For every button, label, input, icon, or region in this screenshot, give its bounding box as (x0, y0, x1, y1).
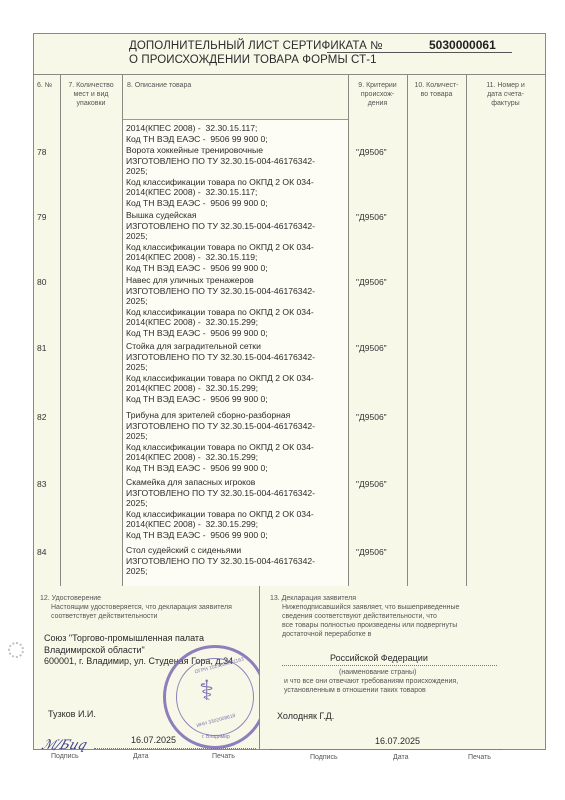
header-origin-criteria: 9. Критерии происхож- дения (350, 81, 405, 108)
row-description: Трибуна для зрителей сборно-разборная ИЗ… (126, 410, 315, 474)
row-description: Стойка для заградительной сетки ИЗГОТОВЛ… (126, 341, 315, 405)
row-criterion: "Д9506" (356, 479, 387, 489)
declaration-country: Российской Федерации (330, 653, 428, 665)
row-description: Стол судейский с сиденьями ИЗГОТОВЛЕНО П… (126, 545, 315, 577)
carryover-description: 2014(КПЕС 2008) - 32.30.15.117; Код ТН В… (126, 123, 268, 144)
row-number: 79 (37, 212, 46, 222)
declaration-text: Нижеподписавшийся заявляет, что вышеприв… (282, 603, 459, 639)
certifier-name: Тузков И.И. (48, 709, 96, 721)
declaration-heading: 13. Декларация заявителя (270, 594, 356, 603)
title-line-1: ДОПОЛНИТЕЛЬНЫЙ ЛИСТ СЕРТИФИКАТА № (129, 40, 383, 52)
label-signature: Подпись (310, 753, 338, 762)
country-line (282, 665, 497, 666)
header-number: 6. № (37, 81, 52, 90)
declaration-signature-line (270, 749, 502, 750)
label-seal: Печать (468, 753, 491, 762)
row-description: Навес для уличных тренажеров ИЗГОТОВЛЕНО… (126, 275, 315, 339)
header-quantity: 10. Количест- во товара (409, 81, 464, 99)
declaration-box: 13. Декларация заявителя Нижеподписавший… (259, 586, 546, 750)
row-number: 82 (37, 412, 46, 422)
declaration-text-2: и что все они отвечают требованиям проис… (284, 677, 458, 695)
row-number: 81 (37, 343, 46, 353)
column-divider (407, 74, 408, 587)
row-description: Ворота хоккейные тренировочные ИЗГОТОВЛЕ… (126, 145, 315, 209)
signature-line (94, 748, 256, 749)
header-invoice: 11. Номер и дата счета- фактуры (468, 81, 543, 108)
header-description: 8. Описание товара (127, 81, 191, 90)
row-description: Вышка судейская ИЗГОТОВЛЕНО ПО ТУ 32.30.… (126, 210, 315, 274)
margin-punch-mark (8, 642, 24, 658)
handwritten-signature: ℳ/Бuq (39, 738, 89, 753)
declarant-name: Холодняк Г.Д. (277, 711, 334, 723)
label-date: Дата (393, 753, 409, 762)
row-number: 83 (37, 479, 46, 489)
column-divider (466, 74, 467, 587)
title-line-2: О ПРОИСХОЖДЕНИИ ТОВАРА ФОРМЫ СТ-1 (129, 54, 377, 66)
row-description: Скамейка для запасных игроков ИЗГОТОВЛЕН… (126, 477, 315, 541)
header-packages: 7. Количество мест и вид упаковки (62, 81, 120, 108)
certificate-number-underline (327, 52, 512, 53)
label-date: Дата (133, 752, 149, 761)
certification-text: Настоящим удостоверяется, что декларация… (51, 603, 232, 621)
column-divider (60, 74, 61, 587)
title-block: ДОПОЛНИТЕЛЬНЫЙ ЛИСТ СЕРТИФИКАТА № О ПРОИ… (34, 34, 545, 75)
row-number: 80 (37, 277, 46, 287)
stamp-city: г. Владимир (202, 734, 230, 740)
chamber-seal-stamp: ⚕ ОГРН 1023300001163 ИНН 3302008618 г. В… (163, 645, 267, 749)
row-criterion: "Д9506" (356, 343, 387, 353)
declaration-date: 16.07.2025 (375, 736, 420, 748)
label-signature: Подпись (51, 752, 79, 761)
certificate-sheet: ДОПОЛНИТЕЛЬНЫЙ ЛИСТ СЕРТИФИКАТА № О ПРОИ… (33, 33, 546, 588)
row-number: 78 (37, 147, 46, 157)
row-criterion: "Д9506" (356, 547, 387, 557)
certificate-number: 5030000061 (429, 38, 496, 52)
row-number: 84 (37, 547, 46, 557)
certification-date: 16.07.2025 (131, 735, 176, 747)
certification-heading: 12. Удостоверение (40, 594, 101, 603)
row-criterion: "Д9506" (356, 212, 387, 222)
caduceus-icon: ⚕ (199, 674, 214, 707)
country-caption: (наименование страны) (339, 668, 416, 677)
row-criterion: "Д9506" (356, 147, 387, 157)
row-criterion: "Д9506" (356, 412, 387, 422)
label-seal: Печать (212, 752, 235, 761)
column-divider (348, 74, 349, 587)
row-criterion: "Д9506" (356, 277, 387, 287)
